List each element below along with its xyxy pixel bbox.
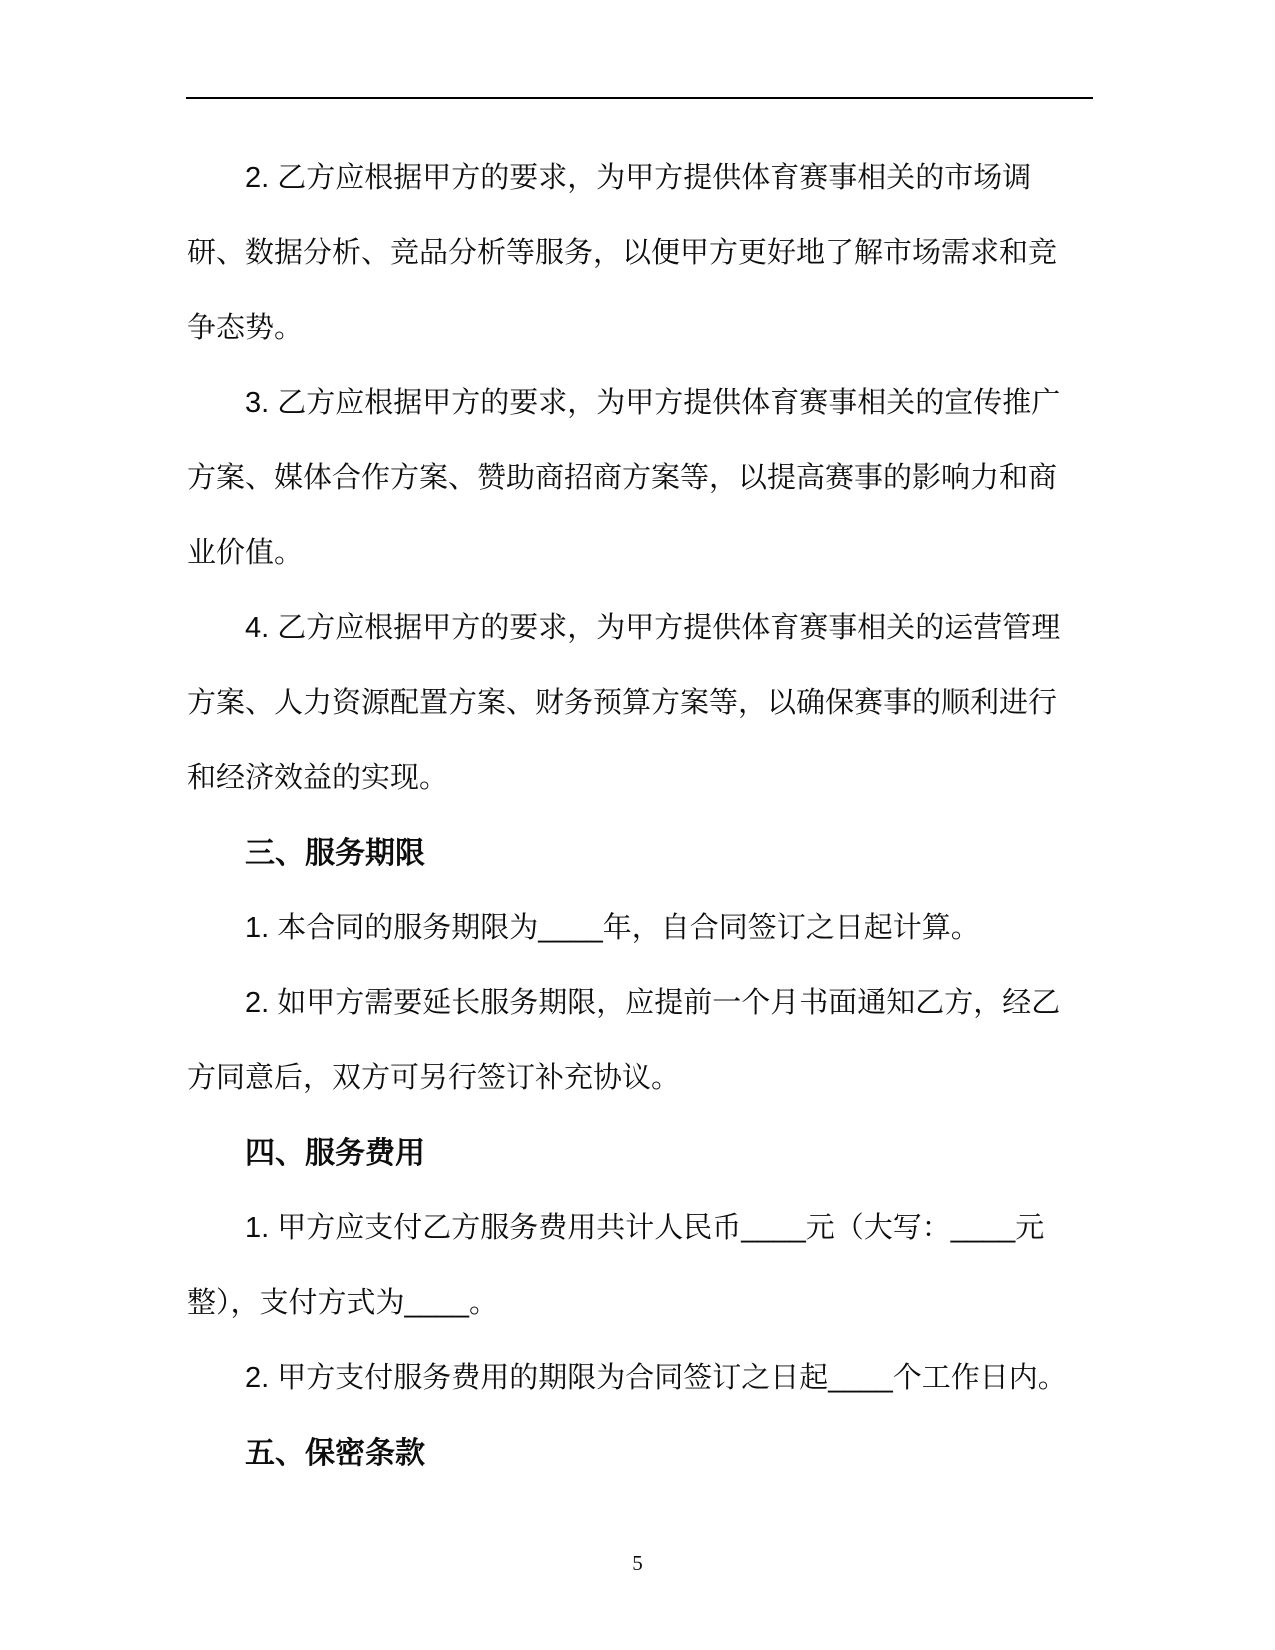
document-page: 2. 乙方应根据甲方的要求，为甲方提供体育赛事相关的市场调研、数据分析、竞品分析…	[0, 0, 1275, 1650]
paragraph-line: 1. 本合同的服务期限为____年，自合同签订之日起计算。	[187, 891, 1093, 966]
header-rule	[186, 97, 1093, 99]
paragraph-line: 整），支付方式为____。	[187, 1266, 1093, 1341]
paragraph-line: 3. 乙方应根据甲方的要求，为甲方提供体育赛事相关的宣传推广	[187, 366, 1093, 441]
page-footer: 5	[0, 1551, 1275, 1576]
section-heading: 三、服务期限	[187, 816, 1093, 891]
paragraph-line: 方同意后，双方可另行签订补充协议。	[187, 1041, 1093, 1116]
paragraph-line: 方案、媒体合作方案、赞助商招商方案等，以提高赛事的影响力和商	[187, 441, 1093, 516]
paragraph-line: 和经济效益的实现。	[187, 741, 1093, 816]
paragraph-line: 2. 乙方应根据甲方的要求，为甲方提供体育赛事相关的市场调	[187, 141, 1093, 216]
paragraph-line: 4. 乙方应根据甲方的要求，为甲方提供体育赛事相关的运营管理	[187, 591, 1093, 666]
document-body: 2. 乙方应根据甲方的要求，为甲方提供体育赛事相关的市场调研、数据分析、竞品分析…	[187, 141, 1093, 1491]
page-number: 5	[632, 1551, 643, 1575]
paragraph-line: 业价值。	[187, 516, 1093, 591]
paragraph-line: 方案、人力资源配置方案、财务预算方案等，以确保赛事的顺利进行	[187, 666, 1093, 741]
paragraph-line: 2. 如甲方需要延长服务期限，应提前一个月书面通知乙方，经乙	[187, 966, 1093, 1041]
paragraph-line: 2. 甲方支付服务费用的期限为合同签订之日起____个工作日内。	[187, 1341, 1093, 1416]
paragraph-line: 研、数据分析、竞品分析等服务，以便甲方更好地了解市场需求和竞	[187, 216, 1093, 291]
section-heading: 五、保密条款	[187, 1416, 1093, 1491]
paragraph-line: 争态势。	[187, 291, 1093, 366]
paragraph-line: 1. 甲方应支付乙方服务费用共计人民币____元（大写：____元	[187, 1191, 1093, 1266]
section-heading: 四、服务费用	[187, 1116, 1093, 1191]
